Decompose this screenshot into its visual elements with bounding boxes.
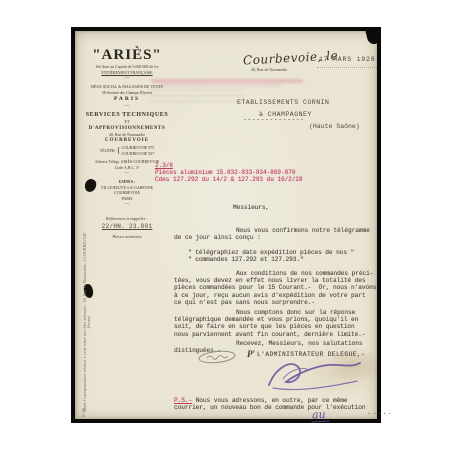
scanned-letter-photo: "ARIÈS" Sté Ame au Capital de 5.000.000 …	[0, 0, 458, 458]
reference-number: 22/HN. 23.801	[81, 223, 173, 230]
company-logo-text: "ARIÈS"	[81, 47, 173, 64]
faded-pink-stamp-smudge	[151, 79, 303, 83]
typed-date: 17 MARS 1928	[319, 56, 375, 63]
date-underline-rule	[317, 67, 377, 68]
siege-line1: SIÈGE SOCIAL & MAGASINS DE VENTE	[81, 84, 173, 90]
letterhead: "ARIÈS" Sté Ame au Capital de 5.000.000 …	[81, 47, 173, 240]
paragraph-1: Nous vous confirmons notre télégramme de…	[174, 227, 380, 241]
recipient-dashed-underline: --------------	[243, 118, 360, 122]
separator-dash: —	[81, 75, 173, 82]
siege-city: PARIS	[81, 95, 173, 103]
ink-blot-top-right	[365, 28, 382, 46]
faded-pink-stamp-smudge-2	[161, 84, 281, 86]
recipient-block: ETABLISSEMENTS CORNIN à CHAMPAGNEY -----…	[237, 99, 360, 130]
phone-label: TÉLÉPH.	[100, 148, 116, 154]
recipient-name: ETABLISSEMENTS CORNIN	[237, 99, 360, 106]
vertical-margin-note: Toute Correspondance relative à cette le…	[83, 231, 91, 413]
phone-number-2: COURBEVOIE 927	[121, 151, 154, 157]
trailing-dots: .....	[367, 409, 393, 417]
ps-text: Nous vous adressons, en outre, par ce mê…	[174, 397, 366, 411]
services-line2: D'APPROVISIONNEMENTS	[81, 125, 173, 132]
handwritten-au-note: au	[311, 407, 330, 422]
separator-dash: —	[81, 201, 173, 208]
postscript: P.S.- Nous vous adressons, en outre, par…	[174, 397, 366, 411]
pieces-annexees-label: Pièces annexées	[81, 234, 173, 240]
place-street-line: 40, Rue de Normandie	[251, 67, 287, 72]
signature-prefix: P′	[247, 349, 255, 359]
salutation: Messieurs,	[233, 204, 269, 211]
paragraph-2: Aux conditions de nos commandes préci- t…	[174, 270, 380, 306]
pencil-circled-initials	[197, 350, 237, 364]
form-number: S 119	[82, 408, 86, 417]
red-order-stamp: 2.3/6 Pièces aluminium 15.832-833-834-86…	[155, 163, 303, 183]
recipient-department: (Haute Saône)	[309, 123, 360, 130]
telegram-quote: " télégraphiez date expédition pièces de…	[188, 249, 394, 263]
separator-dash: —	[81, 103, 173, 110]
services-line1: SERVICES TECHNIQUES	[81, 112, 173, 119]
references-label: Références à rappeler :	[81, 216, 173, 222]
photo-black-border: "ARIÈS" Sté Ame au Capital de 5.000.000 …	[71, 27, 381, 423]
phone-number-1: COURBEVOIE 975	[121, 145, 154, 151]
stamp-orders-line: Cdes 127.292 du 14/2 & 127.293 du 16/2/2…	[155, 177, 303, 184]
paragraph-3: Nous comptons donc sur la réponse télégr…	[174, 309, 380, 338]
brace-glyph: {	[117, 146, 121, 155]
ps-label: P.S.-	[174, 397, 192, 404]
services-city: COURBEVOIE	[81, 137, 173, 144]
letter-paper: "ARIÈS" Sté Ame au Capital de 5.000.000 …	[75, 31, 377, 419]
ink-signature	[263, 357, 365, 395]
phone-block: TÉLÉPH. { COURBEVOIE 975 COURBEVOIE 927	[81, 145, 173, 156]
